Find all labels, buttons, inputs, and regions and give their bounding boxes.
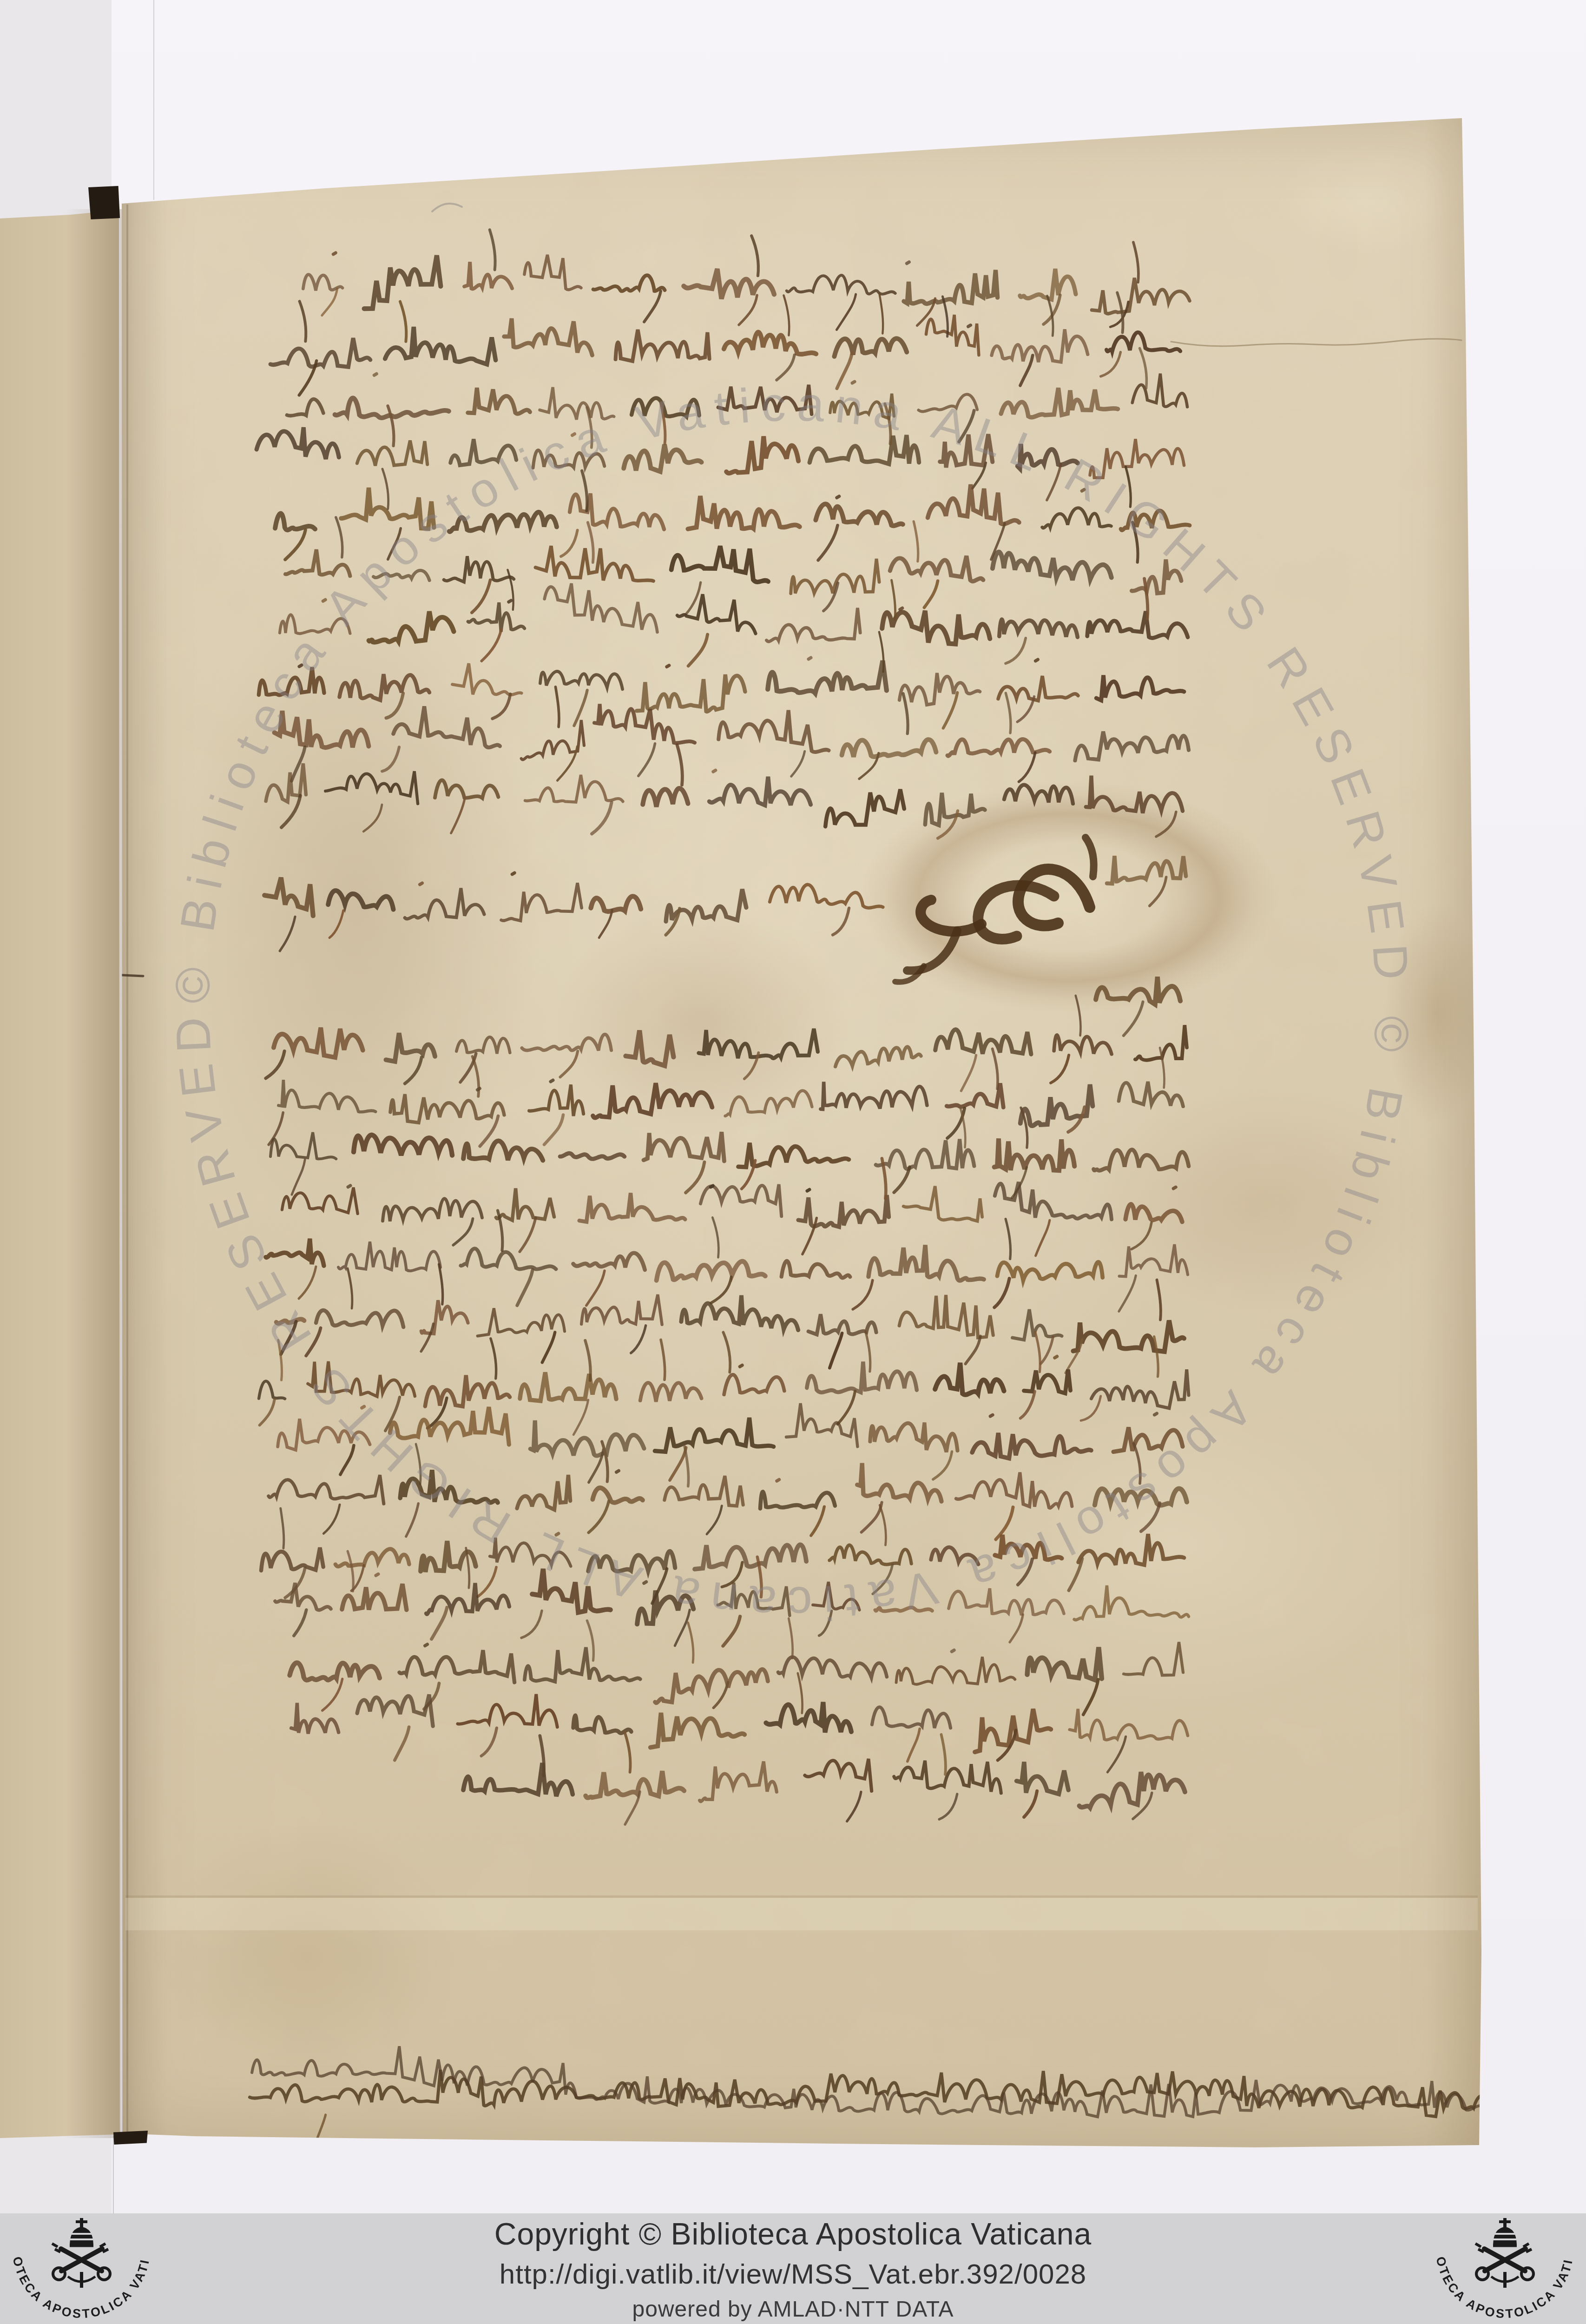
manuscript-page [0,0,1586,2324]
footer-bar: Copyright © Biblioteca Apostolica Vatica… [0,2213,1586,2324]
backing-sheet-edge [153,0,154,200]
page-vignette [107,112,1487,2152]
scan-root: { "document": { "kind": "Digitized manus… [0,0,1586,2324]
footer-text-block: Copyright © Biblioteca Apostolica Vatica… [494,2216,1092,2322]
gutter-notch-bottom [113,2131,148,2145]
vatican-library-emblem: BIBLIOTECA APOSTOLICA VATICANA [1423,2216,1586,2322]
vatican-library-emblem: BIBLIOTECA APOSTOLICA VATICANA [0,2216,163,2322]
footer-powered-line: powered by AMLAD·NTT DATA [632,2297,954,2322]
left-page-gutter-shade [65,209,122,2138]
footer-copyright-line: Copyright © Biblioteca Apostolica Vatica… [494,2216,1092,2251]
backing-fold-line [113,2136,114,2213]
footer-url-line: http://digi.vatlib.it/view/MSS_Vat.ebr.3… [500,2258,1086,2290]
gutter-notch-top [88,186,120,219]
